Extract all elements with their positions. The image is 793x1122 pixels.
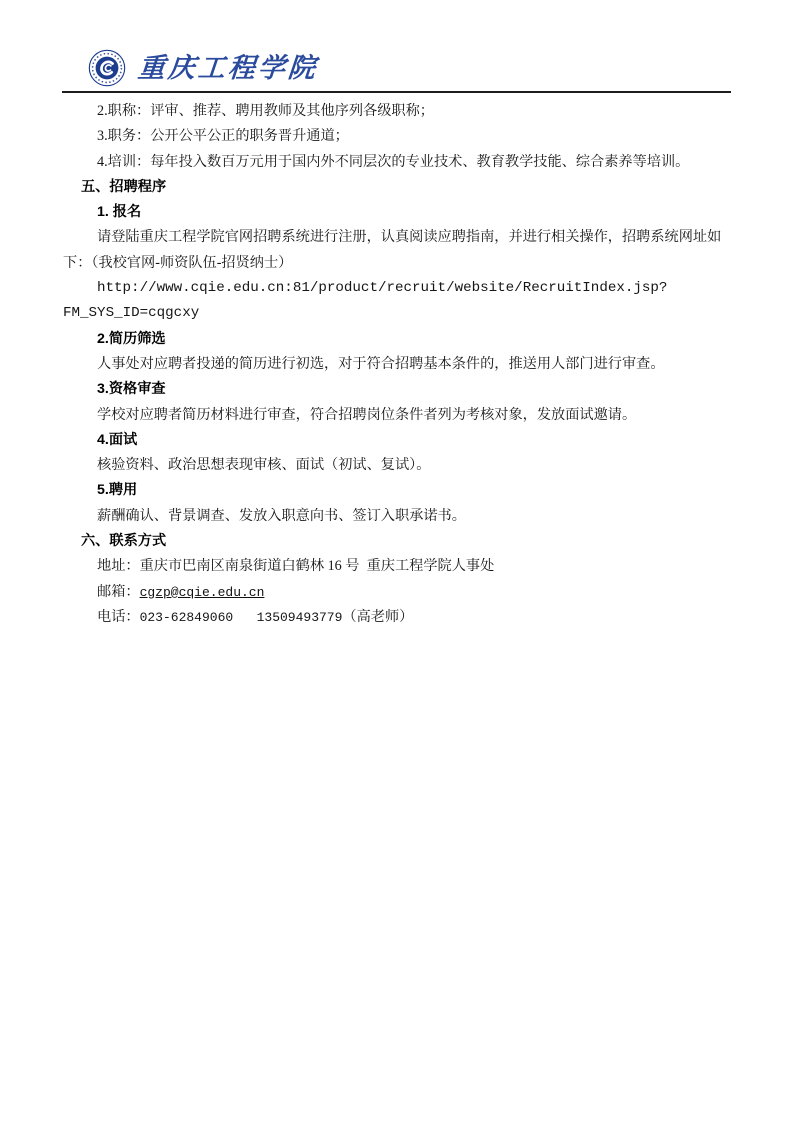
step-body-employment: 薪酬确认、背景调查、发放入职意向书、签订入职承诺书。 bbox=[63, 504, 733, 529]
document-page: 重庆工程学院 2.职称：评审、推荐、聘用教师及其他序列各级职称； 3.职务：公开… bbox=[0, 0, 793, 1122]
school-logo: 重庆工程学院 bbox=[88, 49, 318, 87]
document-content: 2.职称：评审、推荐、聘用教师及其他序列各级职称； 3.职务：公开公平公正的职务… bbox=[63, 99, 733, 630]
step-heading-employment: 5.聘用 bbox=[63, 478, 733, 503]
step-heading-qualification-review: 3.资格审查 bbox=[63, 377, 733, 402]
contact-phone-line: 电话：023-62849060 13509493779（高老师） bbox=[63, 605, 733, 630]
phone-numbers: 023-62849060 13509493779 bbox=[140, 610, 343, 625]
school-emblem-icon bbox=[88, 49, 126, 87]
contact-email-line: 邮箱：cgzp@cqie.edu.cn bbox=[63, 580, 733, 605]
step-heading-interview: 4.面试 bbox=[63, 428, 733, 453]
page-header: 重庆工程学院 bbox=[62, 44, 731, 93]
step-heading-resume-screening: 2.简历筛选 bbox=[63, 327, 733, 352]
phone-note: （高老师） bbox=[342, 609, 413, 625]
benefit-line-promotion: 3.职务：公开公平公正的职务晋升通道； bbox=[63, 124, 733, 149]
recruitment-system-url: http://www.cqie.edu.cn:81/product/recrui… bbox=[63, 276, 733, 327]
step-body-interview: 核验资料、政治思想表现审核、面试（初试、复试）。 bbox=[63, 453, 733, 478]
step-body-registration: 请登陆重庆工程学院官网招聘系统进行注册，认真阅读应聘指南，并进行相关操作，招聘系… bbox=[63, 225, 733, 276]
address-value: 重庆市巴南区南泉街道白鹤林 16 号 重庆工程学院人事处 bbox=[140, 558, 495, 574]
benefit-line-titles: 2.职称：评审、推荐、聘用教师及其他序列各级职称； bbox=[63, 99, 733, 124]
step-heading-registration: 1. 报名 bbox=[63, 200, 733, 225]
email-link[interactable]: cgzp@cqie.edu.cn bbox=[140, 585, 265, 600]
section-heading-recruitment-procedure: 五、招聘程序 bbox=[63, 175, 733, 200]
step-body-resume-screening: 人事处对应聘者投递的简历进行初选，对于符合招聘基本条件的，推送用人部门进行审查。 bbox=[63, 352, 733, 377]
address-label: 地址： bbox=[97, 558, 140, 574]
benefit-line-training: 4.培训：每年投入数百万元用于国内外不同层次的专业技术、教育教学技能、综合素养等… bbox=[63, 150, 733, 175]
email-label: 邮箱： bbox=[97, 584, 140, 600]
phone-label: 电话： bbox=[97, 609, 140, 625]
school-name-text: 重庆工程学院 bbox=[137, 55, 319, 82]
step-body-qualification-review: 学校对应聘者简历材料进行审查，符合招聘岗位条件者列为考核对象，发放面试邀请。 bbox=[63, 403, 733, 428]
contact-address-line: 地址：重庆市巴南区南泉街道白鹤林 16 号 重庆工程学院人事处 bbox=[63, 554, 733, 579]
section-heading-contact: 六、联系方式 bbox=[63, 529, 733, 554]
